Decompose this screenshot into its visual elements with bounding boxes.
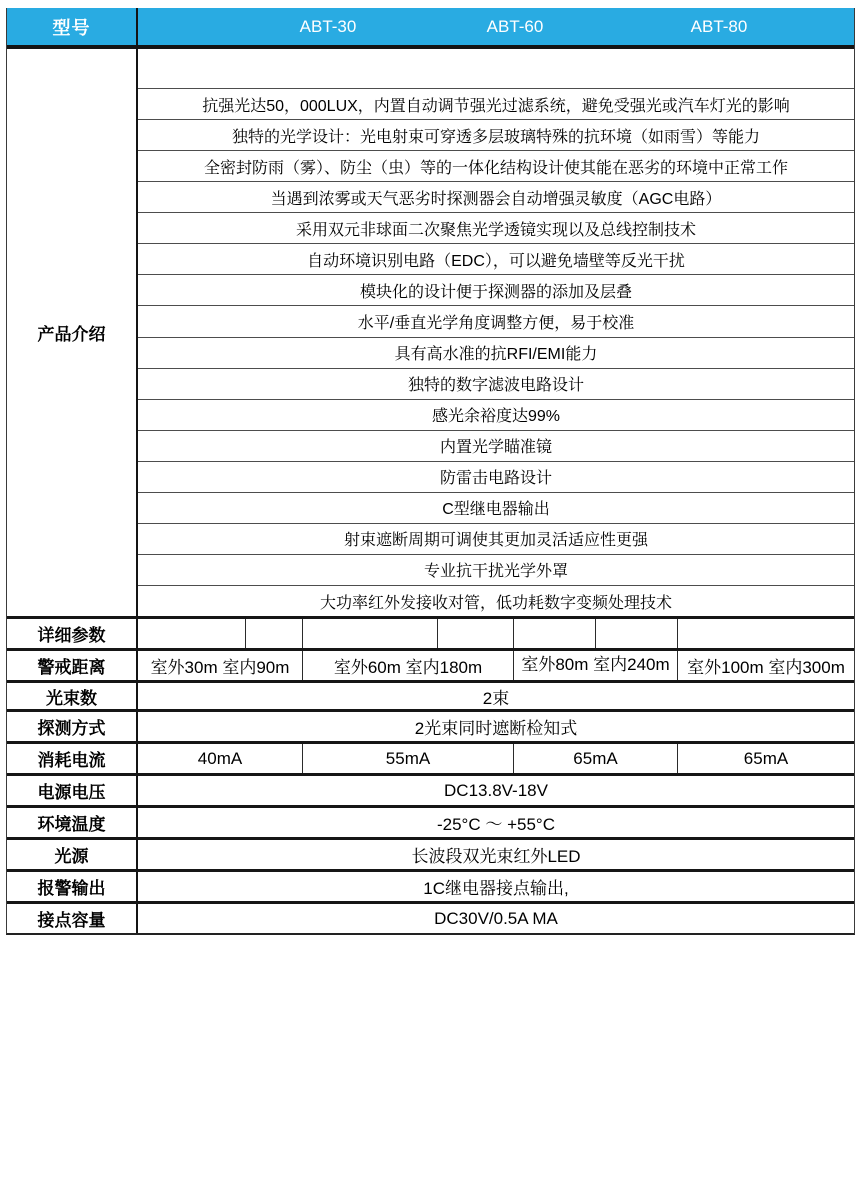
feature-row: 自动环境识别电路（EDC），可以避免墙壁等反光干扰 [138,244,854,275]
beam-count-cells: 2束 [138,683,854,709]
guard-distance-cells: 室外30m 室内90m 室外60m 室内180m 室外80m 室内240m 室外… [138,651,854,680]
spec-row-beam-count: 光束数 2束 [7,680,854,709]
empty-cell [514,619,596,648]
feature-row-empty [138,49,854,89]
ambient-temp-label: 环境温度 [7,808,138,837]
current-abt-60: 55mA [303,744,514,773]
current-abt-80: 65mA [514,744,678,773]
supply-voltage-label: 电源电压 [7,776,138,805]
feature-row: 射束遮断周期可调使其更加灵活适应性更强 [138,524,854,555]
detail-params-label: 详细参数 [7,619,138,648]
spec-row-contact-rating: 接点容量 DC30V/0.5A MA [7,901,854,933]
product-intro-label: 产品介绍 [7,49,138,616]
guard-distance-abt-30: 室外30m 室内90m [138,651,303,680]
header-model-abt-30: ABT-30 [300,17,357,37]
detect-method-label: 探测方式 [7,712,138,741]
detail-params-row: 详细参数 [7,616,854,648]
spec-row-light-source: 光源 长波段双光束红外LED [7,837,854,869]
spec-row-ambient-temp: 环境温度 -25°C ～ +55°C [7,805,854,837]
current-draw-label: 消耗电流 [7,744,138,773]
feature-row: 模块化的设计便于探测器的添加及层叠 [138,275,854,306]
light-source-cells: 长波段双光束红外LED [138,840,854,869]
feature-row: 全密封防雨（雾）、防尘（虫）等的一体化结构设计使其能在恶劣的环境中正常工作 [138,151,854,182]
spec-row-detect-method: 探测方式 2光束同时遮断检知式 [7,709,854,741]
contact-rating-label: 接点容量 [7,904,138,933]
supply-voltage-value: DC13.8V-18V [138,776,854,805]
feature-row: 专业抗干扰光学外罩 [138,555,854,586]
ambient-temp-cells: -25°C ～ +55°C [138,808,854,837]
supply-voltage-cells: DC13.8V-18V [138,776,854,805]
light-source-label: 光源 [7,840,138,869]
product-spec-table: 型号 ABT-30 ABT-60 ABT-80 ABT-100 产品介绍 抗强光… [6,8,855,935]
detail-params-cells [138,619,854,648]
spec-row-alarm-output: 报警输出 1C继电器接点输出, [7,869,854,901]
header-model-abt-80: ABT-80 [691,17,748,37]
contact-rating-cells: DC30V/0.5A MA [138,904,854,933]
empty-cell [438,619,514,648]
feature-row: 独特的数字滤波电路设计 [138,369,854,400]
alarm-output-value: 1C继电器接点输出, [138,872,854,901]
page: 型号 ABT-30 ABT-60 ABT-80 ABT-100 产品介绍 抗强光… [0,0,857,1200]
feature-row: 防雷击电路设计 [138,462,854,493]
feature-row: 独特的光学设计：光电射束可穿透多层玻璃特殊的抗环境（如雨雪）等能力 [138,120,854,151]
empty-cell [246,619,303,648]
spec-row-current-draw: 消耗电流 40mA 55mA 65mA 65mA [7,741,854,773]
feature-row: C型继电器输出 [138,493,854,524]
empty-cell [596,619,678,648]
ambient-temp-value: -25°C ～ +55°C [138,808,854,837]
light-source-value: 长波段双光束红外LED [138,840,854,869]
spec-row-supply-voltage: 电源电压 DC13.8V-18V [7,773,854,805]
empty-cell [138,619,246,648]
feature-row: 内置光学瞄准镜 [138,431,854,462]
current-abt-30: 40mA [138,744,303,773]
beam-count-value: 2束 [138,683,854,709]
alarm-output-cells: 1C继电器接点输出, [138,872,854,901]
alarm-output-label: 报警输出 [7,872,138,901]
feature-row: 抗强光达50，000LUX，内置自动调节强光过滤系统，避免受强光或汽车灯光的影响 [138,89,854,120]
spec-row-guard-distance: 警戒距离 室外30m 室内90m 室外60m 室内180m 室外80m 室内24… [7,648,854,680]
feature-row: 采用双元非球面二次聚焦光学透镜实现以及总线控制技术 [138,213,854,244]
empty-cell [303,619,438,648]
guard-distance-abt-80: 室外80m 室内240m [514,651,678,680]
empty-cell [678,619,854,648]
feature-row: 感光余裕度达99% [138,400,854,431]
feature-row: 大功率红外发接收对管，低功耗数字变频处理技术 [138,586,854,616]
feature-row: 水平/垂直光学角度调整方便，易于校准 [138,306,854,337]
feature-row: 当遇到浓雾或天气恶劣时探测器会自动增强灵敏度（AGC电路） [138,182,854,213]
header-model-names: ABT-30 ABT-60 ABT-80 ABT-100 [138,8,854,45]
header-model-row-label: 型号 [7,8,138,45]
product-intro-feature-list: 抗强光达50，000LUX，内置自动调节强光过滤系统，避免受强光或汽车灯光的影响… [138,49,854,616]
header-model-abt-60: ABT-60 [487,17,544,37]
beam-count-label: 光束数 [7,683,138,709]
guard-distance-abt-60: 室外60m 室内180m [303,651,514,680]
feature-row: 具有高水准的抗RFI/EMI能力 [138,338,854,369]
guard-distance-abt-100: 室外100m 室内300m [678,651,854,680]
product-intro-section: 产品介绍 抗强光达50，000LUX，内置自动调节强光过滤系统，避免受强光或汽车… [7,49,854,616]
current-draw-cells: 40mA 55mA 65mA 65mA [138,744,854,773]
current-abt-100: 65mA [678,744,854,773]
table-header-row: 型号 ABT-30 ABT-60 ABT-80 ABT-100 [7,8,854,49]
detect-method-value: 2光束同时遮断检知式 [138,712,854,741]
contact-rating-value: DC30V/0.5A MA [138,904,854,933]
detect-method-cells: 2光束同时遮断检知式 [138,712,854,741]
guard-distance-label: 警戒距离 [7,651,138,680]
